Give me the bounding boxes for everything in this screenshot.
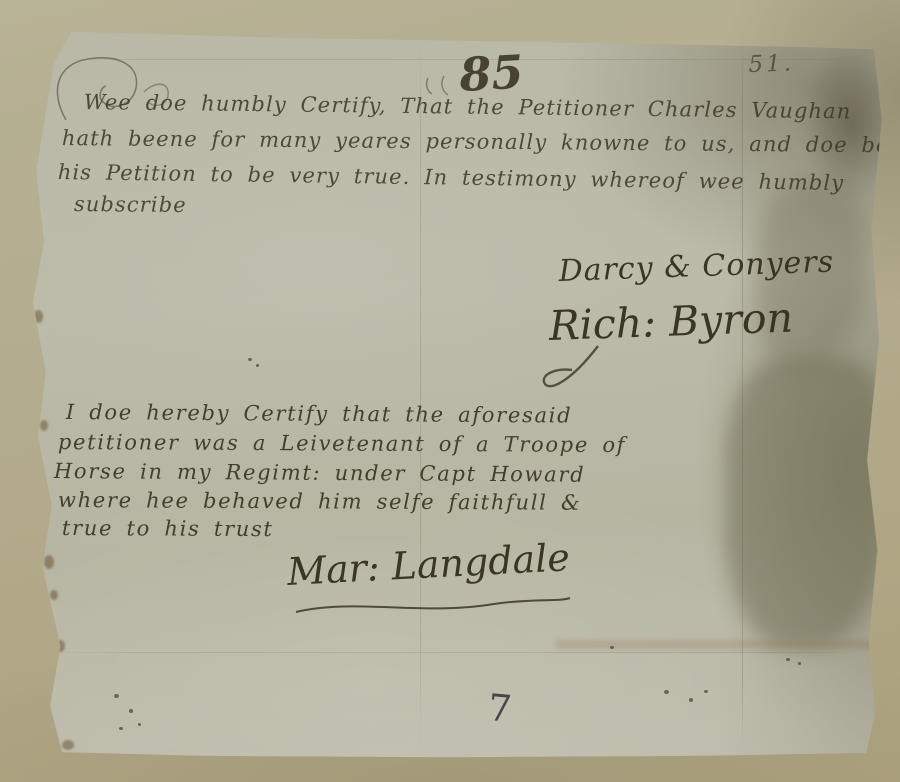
certificate-line: true to his trust: [62, 516, 274, 541]
signature-darcy-conyers: Darcy & Conyers: [558, 244, 835, 289]
edge-spot: [50, 590, 58, 600]
edge-spot: [56, 640, 65, 652]
manuscript-page: 85 51. Wee doe humbly Certify, That the …: [26, 28, 886, 758]
certificate-line: hath beene for many yeares personally kn…: [62, 126, 900, 158]
signature-underline-flourish: [294, 594, 574, 620]
certificate-line: subscribe: [74, 192, 187, 217]
certificate-line: Horse in my Regimt: under Capt Howard: [54, 459, 586, 487]
certificate-line: Wee doe humbly Certify, That the Petitio…: [84, 90, 852, 123]
certificate-line: where hee behaved him selfe faithfull &: [58, 488, 582, 515]
fold-stain: [556, 640, 886, 649]
signature-rich-byron: Rich: Byron: [548, 293, 794, 349]
edge-spot: [44, 555, 54, 569]
water-stain: [726, 358, 886, 648]
page-number: 7: [486, 686, 513, 731]
edge-spot: [40, 420, 48, 431]
signature-mar-langdale: Mar: Langdale: [286, 535, 571, 594]
archive-number: 51.: [748, 50, 794, 78]
certificate-line: his Petition to be very true. In testimo…: [58, 160, 845, 195]
signature-flourish: [542, 344, 672, 400]
certificate-line: I doe hereby Certify that the aforesaid: [66, 400, 573, 428]
edge-spot: [34, 310, 43, 323]
certificate-line: petitioner was a Leivetenant of a Troope…: [58, 430, 626, 457]
folio-number: 85: [458, 45, 525, 102]
horizontal-fold-crease: [52, 652, 869, 653]
edge-spot: [62, 740, 74, 750]
